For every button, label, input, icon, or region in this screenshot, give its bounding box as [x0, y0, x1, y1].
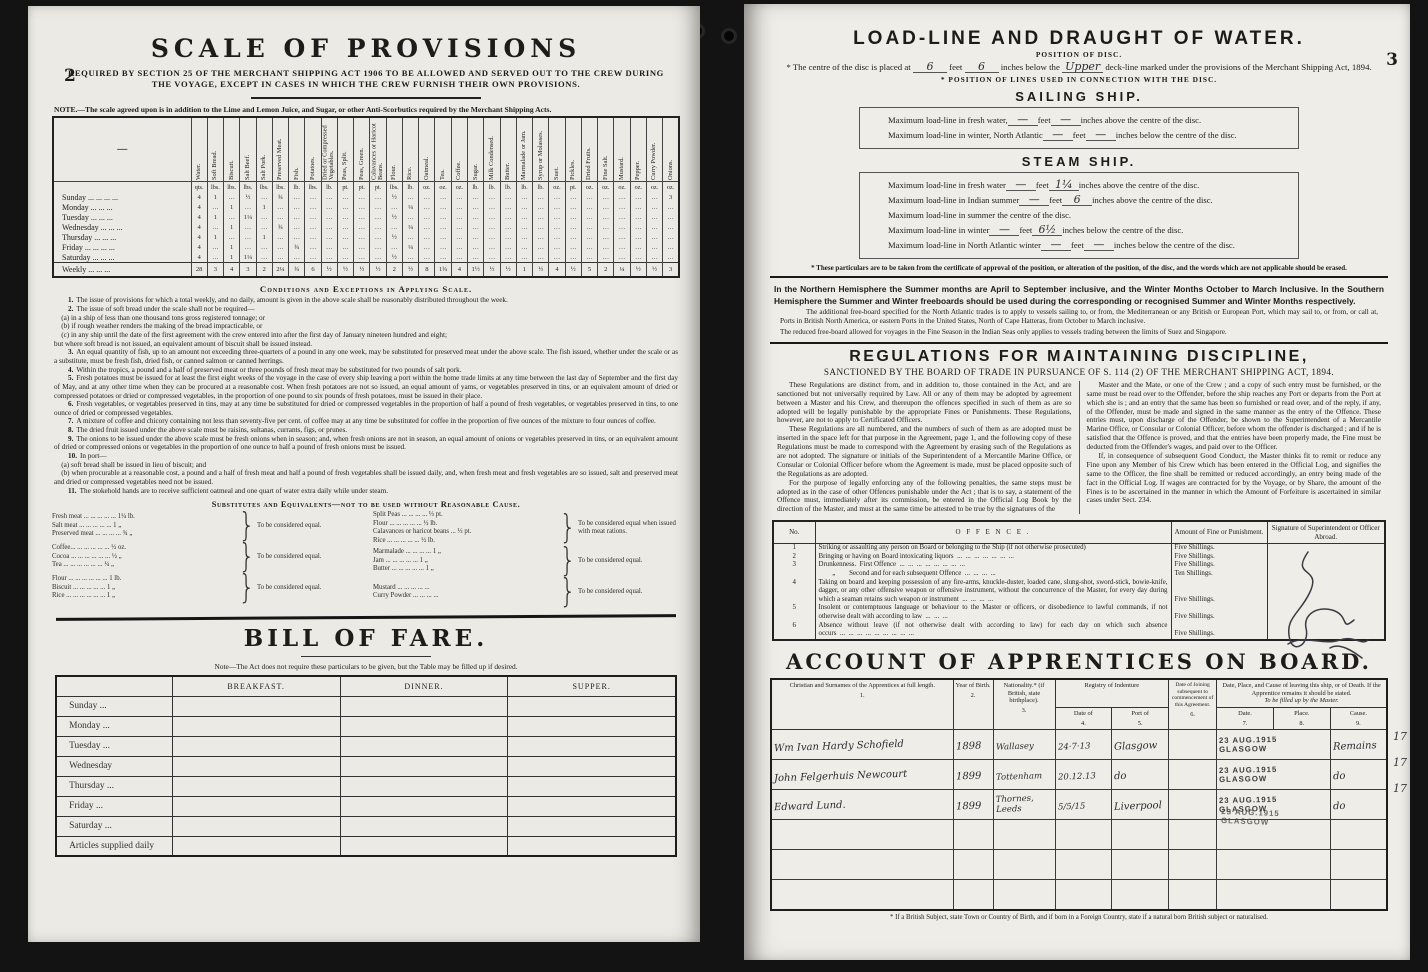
table-cell: …: [533, 212, 549, 222]
bill-of-fare-corner: [56, 676, 172, 696]
substitutes-items: Split Peas ... ... ... ... ⅓ pt. Flour .…: [373, 511, 557, 545]
table-cell: …: [581, 192, 597, 202]
dinner-cell: [340, 736, 508, 756]
provisions-corner-cell: —: [53, 117, 191, 181]
table-cell: …: [337, 212, 353, 222]
table-cell: oz.: [630, 181, 646, 192]
substitutes-group: Fresh meat ... ... ... ... ... 1¼ lb. Sa…: [52, 511, 359, 541]
leaving-place-header: Place. 8.: [1273, 707, 1330, 729]
handwritten-name: Wm Ivan Hardy Schofield: [774, 739, 904, 755]
table-cell: …: [419, 232, 435, 242]
units-label-cell: [53, 181, 191, 192]
bill-of-fare-day: Wednesday: [56, 756, 172, 776]
table-cell: …: [370, 242, 386, 252]
table-cell: …: [256, 212, 272, 222]
header-text: Date.: [1218, 710, 1272, 718]
table-cell: Rice.: [402, 117, 418, 181]
table-cell: ¾: [289, 262, 305, 277]
table-cell: 1: [207, 212, 223, 222]
table-cell: …: [435, 242, 451, 252]
feet-blank: —: [1006, 179, 1036, 191]
substitutes-right-column: Split Peas ... ... ... ... ⅓ pt. Flour .…: [373, 511, 680, 608]
substitutes-group: Marmalade ... ... ... ... 1 „ Jam ... ..…: [373, 546, 680, 576]
condition-text: In port— (a) soft bread shall be issued …: [54, 452, 678, 486]
substitutes-note: To be considered equal.: [257, 522, 359, 530]
substitutes-items: Coffee... ... ... ... ... ... ½ oz. Coco…: [52, 544, 236, 569]
apprentice-nationality: Tottenham: [993, 760, 1055, 790]
offence-header: O F F E N C E .: [815, 521, 1171, 543]
breakfast-cell: [172, 796, 340, 816]
binding-hole: [724, 31, 734, 41]
table-cell: …: [614, 192, 630, 202]
header-number: 5.: [1113, 720, 1167, 728]
apprentice-name: Edward Lund.: [771, 790, 953, 820]
leaving-date-place: 23 AUG.1915 GLASGOW: [1217, 730, 1331, 760]
entry-post: inches below the centre of the disc.: [1062, 225, 1183, 235]
condition-number: 2.: [54, 305, 76, 313]
apprentice-row: [771, 850, 1387, 880]
table-cell: …: [207, 242, 223, 252]
disc-line-post: deck-line marked under the provisions of…: [1105, 62, 1371, 72]
table-cell: oz.: [614, 181, 630, 192]
regulations-paragraph: Master and the Mate, or one of the Crew …: [1087, 381, 1382, 452]
handwritten-nationality: Thornes, Leeds: [995, 793, 1053, 815]
substitutes-note: To be considered equal.: [578, 557, 680, 565]
table-cell: 1: [224, 202, 240, 212]
table-cell: …: [533, 202, 549, 212]
table-cell: …: [614, 222, 630, 232]
table-cell: …: [402, 212, 418, 222]
table-cell: …: [419, 212, 435, 222]
indenture-port: [1112, 820, 1169, 850]
table-cell: …: [256, 192, 272, 202]
table-cell: …: [598, 252, 614, 262]
table-cell: …: [565, 232, 581, 242]
provisions-day-row: Sunday ... ... ... ... 41…½…¾………………½……………: [53, 192, 679, 202]
table-cell: …: [272, 252, 288, 262]
handwritten-date: 24·7·13: [1057, 741, 1090, 752]
table-cell: …: [549, 192, 565, 202]
table-cell: …: [289, 212, 305, 222]
position-of-disc-label: POSITION OF DISC.: [770, 50, 1388, 59]
table-cell: …: [354, 232, 370, 242]
condition-number: 10.: [54, 452, 80, 460]
indenture-port: [1112, 880, 1169, 910]
margin-mark: 17: [1393, 782, 1407, 795]
table-cell: pt.: [370, 181, 386, 192]
inches-blank: 1¼: [1049, 179, 1079, 191]
table-cell: 2: [598, 262, 614, 277]
table-cell: …: [549, 242, 565, 252]
provisions-day-row: Tuesday ... ... ... 41…1¼……………………½…………………: [53, 212, 679, 222]
bill-of-fare-row: Thursday ...: [56, 776, 676, 796]
table-cell: ½: [500, 262, 516, 277]
regulations-right-column: Master and the Mate, or one of the Crew …: [1079, 381, 1389, 514]
handwritten-year: 1898: [955, 740, 981, 752]
inches-blank: —: [1086, 129, 1116, 141]
regulations-left-column: These Regulations are distinct from, and…: [770, 381, 1079, 514]
table-cell: …: [484, 252, 500, 262]
table-cell: …: [468, 192, 484, 202]
table-cell: lbs.: [305, 181, 321, 192]
table-cell: …: [630, 202, 646, 212]
loadline-title: LOAD-LINE AND DRAUGHT OF WATER.: [770, 28, 1388, 50]
table-cell: …: [565, 192, 581, 202]
table-cell: …: [402, 192, 418, 202]
handwritten-date: 5/5/15: [1057, 801, 1085, 812]
table-cell: …: [305, 252, 321, 262]
table-cell: Salt Pork.: [256, 117, 272, 181]
apprentice-row: [771, 880, 1387, 910]
offence-fine: Five Shillings.: [1171, 544, 1267, 553]
table-cell: …: [614, 252, 630, 262]
offence-description: Absence without leave (if not otherwise …: [815, 622, 1171, 640]
joining-date: [1169, 730, 1217, 760]
table-cell: …: [516, 242, 532, 252]
table-cell: Syrup or Molasses.: [533, 117, 549, 181]
supper-cell: [508, 716, 676, 736]
entry-post: inches above the centre of the disc.: [1092, 195, 1213, 205]
handwritten-name: Edward Lund.: [774, 800, 846, 813]
table-cell: ½: [386, 252, 402, 262]
apprentice-row: Edward Lund. 1899 Thornes, Leeds 5/5/15 …: [771, 790, 1387, 820]
leaving-cause: [1330, 850, 1387, 880]
table-cell: ¼: [614, 262, 630, 277]
offence-number: 3: [773, 561, 815, 570]
leaving-date-place: 23 AUG.1915 GLASGOW: [1217, 760, 1331, 790]
provisions-day-row: Thursday ... ... ... 41……1…………………½…………………: [53, 232, 679, 242]
table-cell: Milk Condensed.: [484, 117, 500, 181]
table-cell: …: [533, 242, 549, 252]
table-cell: …: [500, 222, 516, 232]
freeboard-note: The additional free-board specified for …: [770, 307, 1388, 327]
loadline-entry: Maximum load-line in winter—feet6½inches…: [888, 223, 1298, 238]
apprentice-row: John Felgerhuis Newcourt 1899 Tottenham …: [771, 760, 1387, 790]
table-cell: …: [500, 212, 516, 222]
condition-item: 5.Fresh potatoes must be issued for at l…: [54, 374, 678, 400]
entry-pre: Maximum load-line in fresh water,: [888, 115, 1008, 125]
breakfast-cell: [172, 816, 340, 836]
leaving-cause-header: Cause. 9.: [1330, 707, 1387, 729]
table-cell: Sugar.: [468, 117, 484, 181]
table-cell: 1: [207, 232, 223, 242]
table-cell: …: [337, 232, 353, 242]
header-text: Christian and Surnames of the Apprentice…: [773, 682, 952, 690]
disc-feet-value: 6: [913, 61, 947, 73]
table-cell: …: [419, 222, 435, 232]
handwritten-year: 1899: [955, 770, 981, 782]
table-cell: …: [646, 202, 662, 212]
substitutes-items: Fresh meat ... ... ... ... ... 1¼ lb. Sa…: [52, 513, 236, 538]
registry-port-header: Port of 5.: [1112, 707, 1169, 729]
table-cell: 3: [207, 262, 223, 277]
dinner-cell: [340, 816, 508, 836]
table-cell: 4: [191, 242, 207, 252]
table-cell: lbs.: [272, 181, 288, 192]
table-cell: …: [581, 252, 597, 262]
right-page-content: LOAD-LINE AND DRAUGHT OF WATER. POSITION…: [744, 4, 1410, 921]
leaving-ship-header: Date, Place, and Cause of leaving this s…: [1217, 679, 1387, 708]
loadline-entry: Maximum load-line in fresh water—feet1¼i…: [888, 178, 1298, 193]
table-cell: …: [256, 242, 272, 252]
table-cell: …: [549, 252, 565, 262]
table-cell: 1: [224, 222, 240, 232]
entry-mid: feet: [1071, 240, 1084, 250]
table-cell: …: [370, 222, 386, 232]
substitutes-group: Split Peas ... ... ... ... ⅓ pt. Flour .…: [373, 511, 680, 545]
table-cell: …: [484, 242, 500, 252]
provisions-day-row: Saturday ... ... ... 4…11¼……………………½………………: [53, 252, 679, 262]
table-cell: 1¼: [240, 212, 256, 222]
entry-mid: feet: [1036, 180, 1049, 190]
table-cell: …: [533, 192, 549, 202]
brace-glyph: }: [236, 569, 257, 607]
table-cell: ¼: [402, 222, 418, 232]
table-cell: …: [321, 222, 337, 232]
table-cell: …: [468, 222, 484, 232]
table-cell: …: [402, 252, 418, 262]
condition-item: 11.The stokehold hands are to receive su…: [54, 487, 678, 496]
table-cell: …: [321, 212, 337, 222]
table-cell: …: [321, 232, 337, 242]
offence-description: „ Second and for each subsequent Offence…: [815, 570, 1171, 579]
substitutes-title: Substitutes and Equivalents—not to be us…: [52, 500, 680, 509]
provisions-header-row: — Water.Soft Bread.Biscuit.Salt Beef.Sal…: [53, 117, 679, 181]
apprentices-rows: Wm Ivan Hardy Schofield 1898 Wallasey 24…: [771, 730, 1387, 910]
table-cell: 4: [549, 262, 565, 277]
table-cell: lb.: [289, 181, 305, 192]
bill-of-fare-row: Tuesday ...: [56, 736, 676, 756]
table-cell: ¼: [402, 202, 418, 212]
table-cell: …: [484, 222, 500, 232]
left-page: 2 SCALE OF PROVISIONS REQUIRED BY SECTIO…: [28, 6, 700, 942]
table-cell: 1: [224, 252, 240, 262]
handwritten-year: 1899: [955, 800, 981, 812]
condition-item: 10.In port— (a) soft bread shall be issu…: [54, 452, 678, 487]
header-number: 7.: [1218, 720, 1272, 728]
offence-signature-header: Signature of Superintendent or Officer A…: [1267, 521, 1385, 543]
table-cell: Marmalade or Jam.: [516, 117, 532, 181]
table-cell: …: [305, 202, 321, 212]
table-cell: …: [354, 242, 370, 252]
table-cell: Curry Powder.: [646, 117, 662, 181]
provisions-header: — Water.Soft Bread.Biscuit.Salt Beef.Sal…: [53, 117, 679, 192]
offence-table-section: No. O F F E N C E . Amount of Fine or Pu…: [772, 520, 1386, 641]
table-cell: …: [240, 202, 256, 212]
table-cell: …: [337, 252, 353, 262]
table-cell: oz.: [451, 181, 467, 192]
offence-number: [773, 570, 815, 579]
entry-mid: feet: [1073, 130, 1086, 140]
disc-deckline-value: Upper: [1062, 61, 1103, 73]
indenture-port: [1112, 850, 1169, 880]
offence-fine-header: Amount of Fine or Punishment.: [1171, 521, 1267, 543]
table-cell: ½: [533, 262, 549, 277]
table-cell: …: [663, 222, 679, 232]
provisions-weekly: Weekly ... ... ... 2834322¼¾6½½½½2½81¾41…: [53, 262, 679, 277]
table-cell: …: [289, 252, 305, 262]
table-cell: Soft Bread.: [207, 117, 223, 181]
table-cell: Water.: [191, 117, 207, 181]
sailing-ship-heading: SAILING SHIP.: [770, 89, 1388, 104]
table-cell: 2¼: [272, 262, 288, 277]
handwritten-port: do: [1114, 771, 1127, 782]
condition-text: An equal quantity of fish, up to an amou…: [54, 348, 678, 365]
table-cell: …: [516, 252, 532, 262]
leaving-date-place: [1217, 820, 1331, 850]
section-divider: [56, 614, 676, 621]
provisions-day-row: Wednesday ... ... ... 4…1……¾…………………¼……………: [53, 222, 679, 232]
table-cell: …: [663, 212, 679, 222]
table-cell: …: [370, 202, 386, 212]
table-cell: …: [386, 202, 402, 212]
offence-number: 1: [773, 544, 815, 553]
indenture-date: [1055, 850, 1112, 880]
indenture-date: 5/5/15: [1055, 790, 1112, 820]
day-label: Friday ... ... ... ...: [53, 242, 191, 252]
table-cell: …: [484, 212, 500, 222]
condition-item: 8.The dried fruit issued under the above…: [54, 426, 678, 435]
table-cell: …: [565, 222, 581, 232]
table-cell: 1: [207, 192, 223, 202]
table-cell: ¾: [272, 222, 288, 232]
day-label: Tuesday ... ... ...: [53, 212, 191, 222]
nationality-header: Nationality.* (if British, state birthpl…: [993, 679, 1055, 730]
table-cell: …: [614, 232, 630, 242]
supper-cell: [508, 736, 676, 756]
table-cell: …: [614, 212, 630, 222]
table-cell: Oatmeal.: [419, 117, 435, 181]
handwritten-nationality: Wallasey: [995, 741, 1033, 752]
inches-blank: 6½: [1032, 224, 1062, 236]
bill-of-fare-row: Monday ...: [56, 716, 676, 736]
loadline-entry: Maximum load-line in fresh water,—feet—i…: [888, 113, 1298, 128]
freeboard-notes: The additional free-board specified for …: [770, 307, 1388, 338]
table-cell: …: [565, 252, 581, 262]
hemisphere-note: In the Northern Hemisphere the Summer mo…: [770, 282, 1388, 307]
table-cell: 4: [191, 192, 207, 202]
entry-pre: Maximum load-line in winter, North Atlan…: [888, 130, 1043, 140]
table-cell: Peas, Split.: [337, 117, 353, 181]
table-cell: …: [370, 232, 386, 242]
table-cell: …: [451, 232, 467, 242]
header-number: 8.: [1275, 720, 1329, 728]
breakfast-cell: [172, 736, 340, 756]
table-cell: oz.: [581, 181, 597, 192]
substitutes-note: To be considered equal.: [257, 553, 359, 561]
regulations-paragraph: These Regulations are distinct from, and…: [777, 381, 1072, 425]
day-label: Monday ... ... ...: [53, 202, 191, 212]
dinner-cell: [340, 716, 508, 736]
header-text: Year of Birth.: [955, 682, 992, 690]
table-cell: …: [256, 222, 272, 232]
supper-cell: [508, 776, 676, 796]
header-text: Cause.: [1332, 710, 1385, 718]
table-cell: …: [516, 192, 532, 202]
table-cell: …: [663, 232, 679, 242]
condition-text: Within the tropics, a pound and a half o…: [76, 366, 461, 374]
substitutes-items: Mustard ... ... ... ... ... Curry Powder…: [373, 584, 557, 601]
table-cell: …: [516, 232, 532, 242]
table-cell: …: [337, 202, 353, 212]
table-cell: lb.: [402, 181, 418, 192]
entry-pre: Maximum load-line in summer the centre o…: [888, 210, 1071, 220]
indenture-date: [1055, 820, 1112, 850]
offence-fine: Five Shillings.: [1171, 579, 1267, 605]
table-cell: lb.: [484, 181, 500, 192]
day-label: Thursday ... ... ...: [53, 232, 191, 242]
table-cell: …: [500, 232, 516, 242]
table-cell: …: [354, 222, 370, 232]
table-cell: …: [646, 232, 662, 242]
stamp-place-line: GLASGOW: [1219, 774, 1328, 785]
table-cell: …: [598, 242, 614, 252]
date-stamp: [1219, 894, 1328, 896]
table-cell: …: [581, 232, 597, 242]
apprentice-name: [771, 820, 953, 850]
apprentice-row: Wm Ivan Hardy Schofield 1898 Wallasey 24…: [771, 730, 1387, 760]
condition-text: The issue of provisions for which a tota…: [76, 296, 507, 304]
table-cell: Fish.: [289, 117, 305, 181]
table-cell: …: [289, 232, 305, 242]
condition-text: The stokehold hands are to receive suffi…: [80, 487, 388, 495]
apprentices-footnote: * If a British Subject, state Town or Co…: [770, 914, 1388, 921]
indenture-date: 20.12.13: [1055, 760, 1112, 790]
table-cell: Flour.: [386, 117, 402, 181]
table-cell: …: [451, 212, 467, 222]
substitutes-left-column: Fresh meat ... ... ... ... ... 1¼ lb. Sa…: [52, 511, 359, 608]
table-cell: …: [240, 242, 256, 252]
table-cell: …: [207, 222, 223, 232]
table-cell: 3: [663, 192, 679, 202]
inches-blank: —: [1084, 239, 1114, 251]
stamp-place-line: GLASGOW: [1219, 744, 1328, 755]
apprentice-name: [771, 850, 953, 880]
offence-description: Insolent or contemptuous language or beh…: [815, 604, 1171, 621]
table-cell: 4: [191, 232, 207, 242]
table-cell: Dried or Compressed Vegetables.: [321, 117, 337, 181]
condition-number: 1.: [54, 296, 76, 304]
table-cell: BREAKFAST.: [172, 676, 340, 696]
table-cell: lb.: [321, 181, 337, 192]
divider-rule: [251, 97, 481, 99]
table-cell: ½: [321, 262, 337, 277]
superintendent-signature: [1270, 548, 1380, 666]
table-cell: 1: [516, 262, 532, 277]
table-cell: …: [646, 192, 662, 202]
table-cell: 1: [256, 202, 272, 212]
table-cell: …: [468, 242, 484, 252]
table-cell: …: [435, 192, 451, 202]
table-cell: …: [224, 232, 240, 242]
table-cell: …: [663, 202, 679, 212]
table-cell: 1¾: [435, 262, 451, 277]
table-cell: …: [451, 222, 467, 232]
sailing-ship-box: Maximum load-line in fresh water,—feet—i…: [859, 107, 1299, 149]
table-cell: …: [435, 252, 451, 262]
table-cell: ½: [354, 262, 370, 277]
disc-line-pre: * The centre of the disc is placed at: [786, 62, 910, 72]
supper-cell: [508, 836, 676, 856]
provisions-table: — Water.Soft Bread.Biscuit.Salt Beef.Sal…: [52, 116, 680, 278]
table-cell: Butter.: [500, 117, 516, 181]
table-cell: …: [516, 202, 532, 212]
offence-number: 5: [773, 604, 815, 621]
leaving-date-header: Date. 7.: [1217, 707, 1274, 729]
apprentice-nationality: Thornes, Leeds: [993, 790, 1055, 820]
joining-date: [1169, 850, 1217, 880]
regulations-columns: These Regulations are distinct from, and…: [770, 381, 1388, 514]
